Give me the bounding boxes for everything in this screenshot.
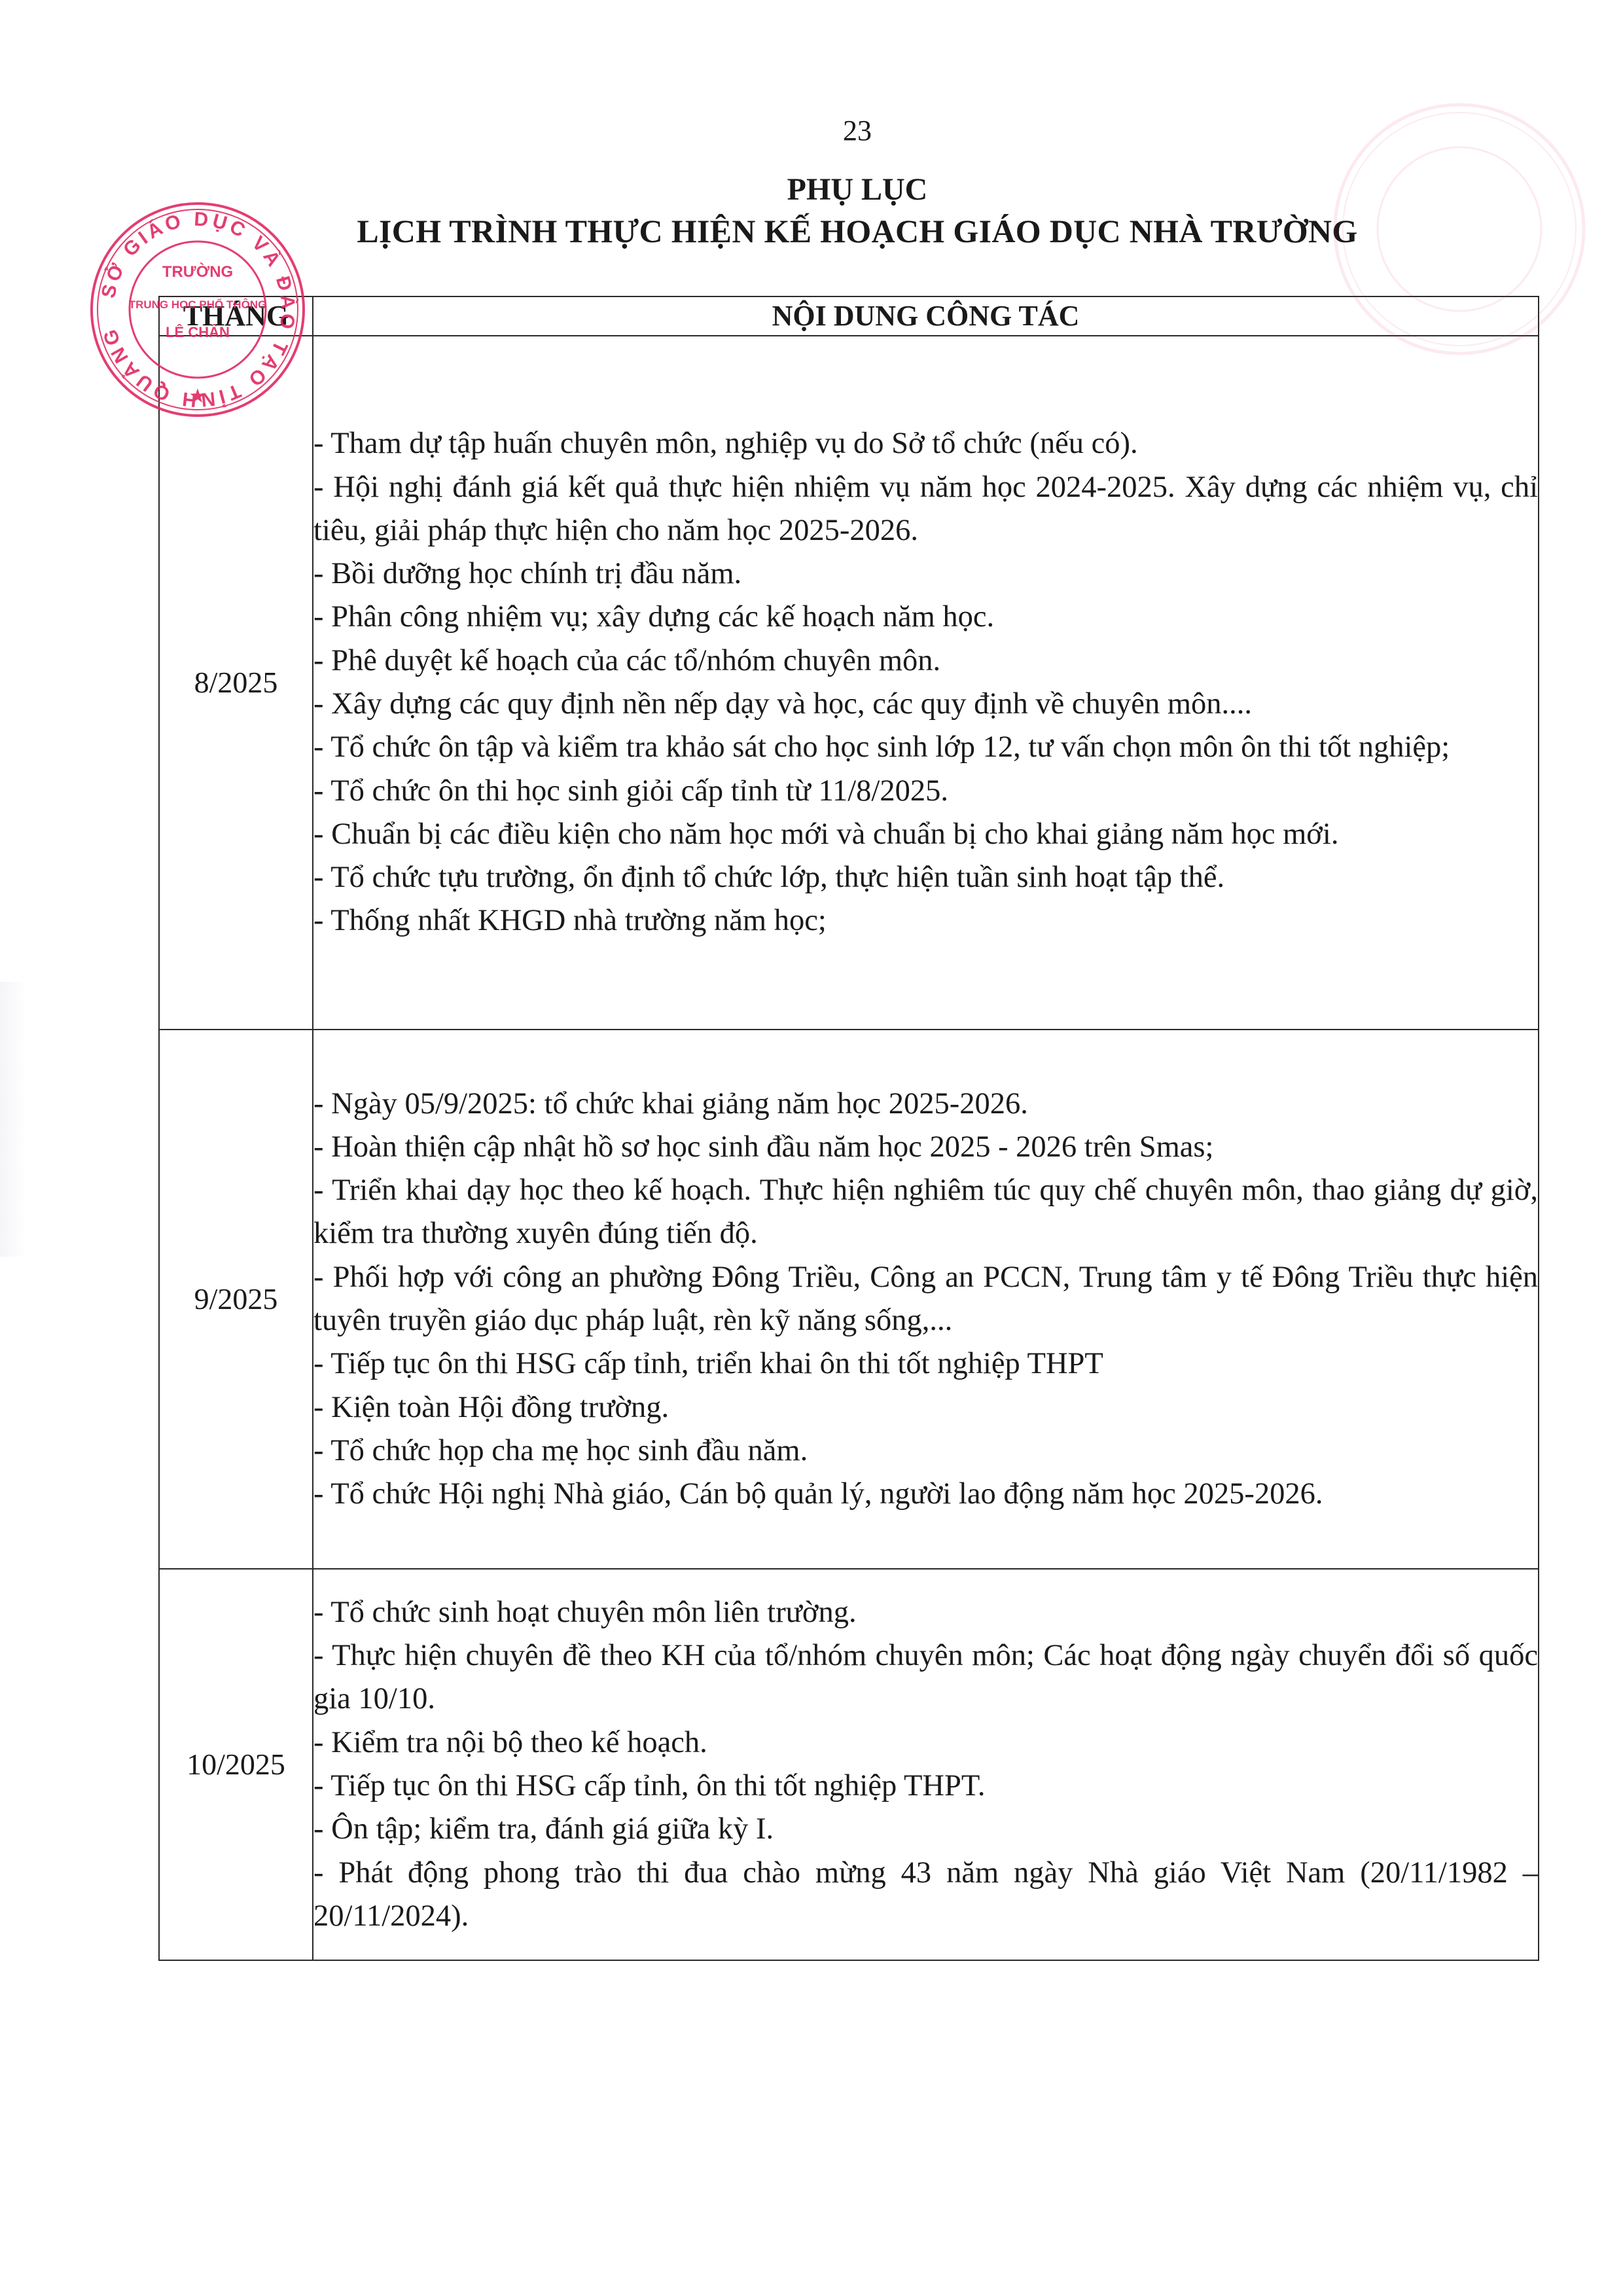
task-item: - Tiếp tục ôn thi HSG cấp tỉnh, triển kh… xyxy=(313,1342,1538,1386)
month-cell: 8/2025 xyxy=(159,336,313,1030)
page-number: 23 xyxy=(0,113,1623,149)
task-item: - Kiện toàn Hội đồng trường. xyxy=(313,1386,1538,1429)
task-item: - Chuẩn bị các điều kiện cho năm học mới… xyxy=(313,813,1538,856)
table-header-row: THÁNG NỘI DUNG CÔNG TÁC xyxy=(159,296,1539,336)
task-item: - Tổ chức Hội nghị Nhà giáo, Cán bộ quản… xyxy=(313,1473,1538,1516)
task-item: - Tham dự tập huấn chuyên môn, nghiệp vụ… xyxy=(313,422,1538,465)
scan-edge-artifact xyxy=(0,982,26,1257)
table-row: 8/2025 - Tham dự tập huấn chuyên môn, ng… xyxy=(159,336,1539,1030)
task-item: - Triển khai dạy học theo kế hoạch. Thực… xyxy=(313,1169,1538,1256)
schedule-table: THÁNG NỘI DUNG CÔNG TÁC 8/2025 - Tham dự… xyxy=(158,296,1539,1961)
month-cell: 9/2025 xyxy=(159,1030,313,1569)
task-item: - Tổ chức họp cha mẹ học sinh đầu năm. xyxy=(313,1429,1538,1473)
header-month: THÁNG xyxy=(159,296,313,336)
task-item: - Ôn tập; kiểm tra, đánh giá giữa kỳ I. xyxy=(313,1808,1538,1851)
task-item: - Hoàn thiện cập nhật hồ sơ học sinh đầu… xyxy=(313,1126,1538,1169)
task-item: - Hội nghị đánh giá kết quả thực hiện nh… xyxy=(313,466,1538,553)
task-item: - Kiểm tra nội bộ theo kế hoạch. xyxy=(313,1721,1538,1765)
task-item: - Tổ chức sinh hoạt chuyên môn liên trườ… xyxy=(313,1591,1538,1634)
task-item: - Phối hợp với công an phường Đông Triều… xyxy=(313,1256,1538,1343)
task-item: - Tổ chức ôn tập và kiểm tra khảo sát ch… xyxy=(313,726,1538,769)
task-item: - Tiếp tục ôn thi HSG cấp tỉnh, ôn thi t… xyxy=(313,1765,1538,1808)
content-cell: - Tham dự tập huấn chuyên môn, nghiệp vụ… xyxy=(313,336,1539,1030)
table-row: 9/2025 - Ngày 05/9/2025: tổ chức khai gi… xyxy=(159,1030,1539,1569)
task-item: - Xây dựng các quy định nền nếp dạy và h… xyxy=(313,683,1538,726)
appendix-label: PHỤ LỤC xyxy=(0,170,1623,209)
task-item: - Phê duyệt kế hoạch của các tổ/nhóm chu… xyxy=(313,639,1538,683)
header-content: NỘI DUNG CÔNG TÁC xyxy=(313,296,1539,336)
task-item: - Phân công nhiệm vụ; xây dựng các kế ho… xyxy=(313,596,1538,639)
task-item: - Thống nhất KHGD nhà trường năm học; xyxy=(313,899,1538,942)
task-item: - Ngày 05/9/2025: tổ chức khai giảng năm… xyxy=(313,1083,1538,1126)
task-item: - Bồi dưỡng học chính trị đầu năm. xyxy=(313,552,1538,596)
task-item: - Tổ chức tựu trường, ổn định tổ chức lớ… xyxy=(313,856,1538,899)
task-item: - Phát động phong trào thi đua chào mừng… xyxy=(313,1852,1538,1939)
table-row: 10/2025 - Tổ chức sinh hoạt chuyên môn l… xyxy=(159,1569,1539,1960)
month-cell: 10/2025 xyxy=(159,1569,313,1960)
seal-line-1: TRƯỜNG xyxy=(162,262,233,281)
content-cell: - Tổ chức sinh hoạt chuyên môn liên trườ… xyxy=(313,1569,1539,1960)
task-item: - Tổ chức ôn thi học sinh giỏi cấp tỉnh … xyxy=(313,770,1538,813)
content-cell: - Ngày 05/9/2025: tổ chức khai giảng năm… xyxy=(313,1030,1539,1569)
document-title: LỊCH TRÌNH THỰC HIỆN KẾ HOẠCH GIÁO DỤC N… xyxy=(0,211,1623,251)
task-item: - Thực hiện chuyên đề theo KH của tổ/nhó… xyxy=(313,1634,1538,1721)
